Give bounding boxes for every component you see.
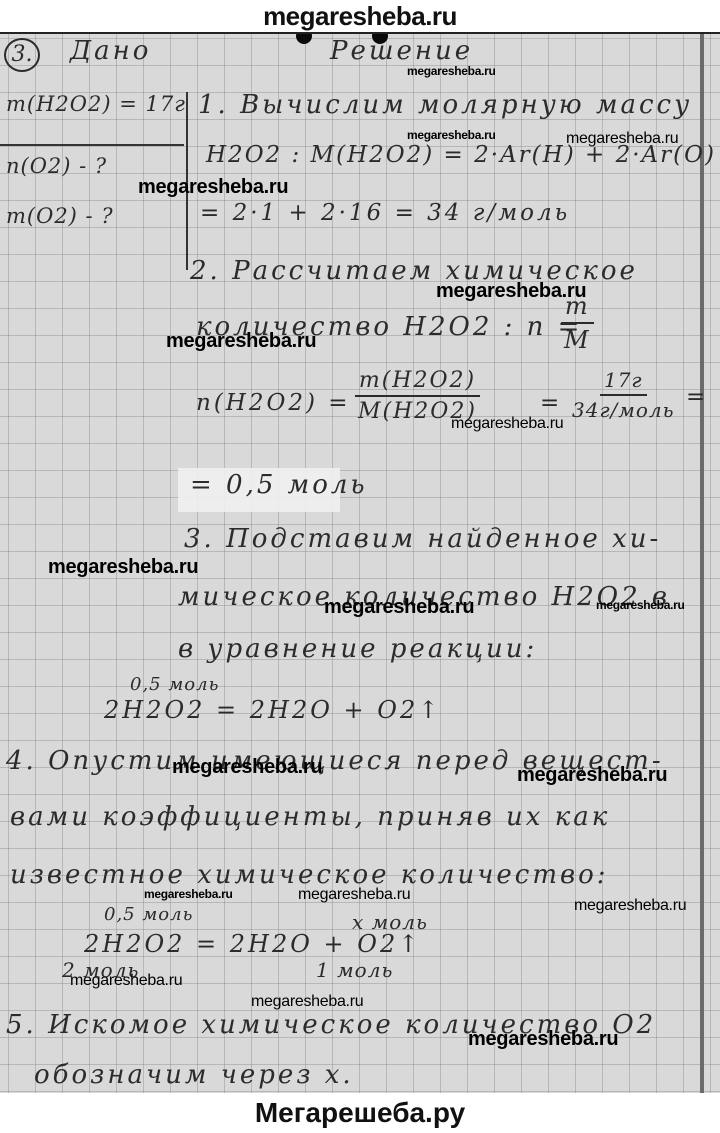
given-item: n(O2) - ? xyxy=(6,154,107,178)
problem-number: 3. xyxy=(4,38,40,72)
site-header: megaresheba.ru xyxy=(0,0,720,32)
solution-heading: Решение xyxy=(330,36,473,66)
watermark: megaresheba.ru xyxy=(407,64,496,78)
watermark: megaresheba.ru xyxy=(144,887,233,901)
binder-hole xyxy=(296,32,312,44)
step-3-moles-above: 0,5 моль xyxy=(130,674,219,695)
watermark: megaresheba.ru xyxy=(251,993,363,1011)
fraction-denominator: 34г/моль xyxy=(568,396,679,422)
step-4-moles-below-right: 1 моль xyxy=(316,958,393,982)
watermark: megaresheba.ru xyxy=(596,598,685,612)
margin-line xyxy=(700,34,704,1093)
watermark: megaresheba.ru xyxy=(138,176,288,199)
fraction-numerator: 17г xyxy=(600,368,647,396)
step-3-equation: 2H2O2 = 2H2O + O2↑ xyxy=(104,696,441,724)
watermark: megaresheba.ru xyxy=(172,756,322,779)
step-3-line-1: 3. Подставим найденное хи- xyxy=(184,524,661,554)
watermark: megaresheba.ru xyxy=(407,128,496,142)
fraction-denominator: M xyxy=(560,324,595,354)
site-footer: Мегарешеба.ру xyxy=(0,1093,720,1133)
watermark: megaresheba.ru xyxy=(324,596,474,619)
equals-sign: = xyxy=(540,390,562,416)
step-4-equation: 2H2O2 = 2H2O + O2↑ xyxy=(84,930,421,958)
fraction-values: 17г 34г/моль xyxy=(568,368,679,422)
watermark: megaresheba.ru xyxy=(468,1028,618,1051)
step-2-line-3-lhs: n(H2O2) = xyxy=(196,390,351,416)
watermark: megaresheba.ru xyxy=(166,330,316,353)
given-item: m(O2) - ? xyxy=(6,204,114,228)
step-5-line-2: обозначим через x. xyxy=(34,1060,354,1090)
watermark: megaresheba.ru xyxy=(436,280,586,303)
watermark: megaresheba.ru xyxy=(451,415,563,433)
step-4-moles-above-left: 0,5 моль xyxy=(104,904,193,925)
watermark: megaresheba.ru xyxy=(298,886,410,904)
watermark: megaresheba.ru xyxy=(70,972,182,990)
step-1-line-3: = 2·1 + 2·16 = 34 г/моль xyxy=(200,200,570,226)
step-3-line-3: в уравнение реакции: xyxy=(178,634,537,664)
given-item: m(H2O2) = 17г xyxy=(6,92,186,116)
equals-sign: = xyxy=(686,384,708,410)
step-4-line-2: вами коэффициенты, приняв их как xyxy=(10,802,610,832)
watermark: megaresheba.ru xyxy=(48,556,198,579)
fraction-numerator: m(H2O2) xyxy=(355,368,480,397)
given-divider-horizontal xyxy=(0,144,184,146)
given-heading: Дано xyxy=(70,36,151,66)
watermark: megaresheba.ru xyxy=(566,130,678,148)
step-2-result: = 0,5 моль xyxy=(190,470,368,500)
watermark: megaresheba.ru xyxy=(517,764,667,787)
watermark: megaresheba.ru xyxy=(574,897,686,915)
step-1-line-1: 1. Вычислим молярную массу xyxy=(198,90,692,120)
